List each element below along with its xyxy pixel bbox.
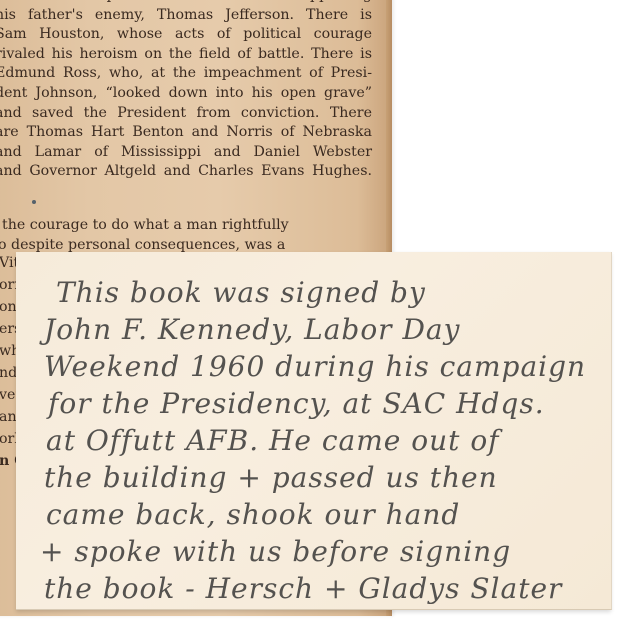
handwritten-line: + spoke with us before signing bbox=[40, 533, 586, 570]
handwritten-line: This book was signed by bbox=[56, 274, 586, 311]
handwritten-line: came back, shook our hand bbox=[46, 496, 586, 533]
handwritten-line: at Offutt AFB. He came out of bbox=[46, 422, 586, 459]
book-line: him and was repudiated in Boston for sup… bbox=[0, 0, 372, 6]
book-line: the courage to do what a man rightfully bbox=[2, 216, 292, 236]
book-paragraph-names: him and was repudiated in Boston for sup… bbox=[0, 0, 370, 182]
handwritten-note-card: This book was signed by John F. Kennedy,… bbox=[16, 252, 612, 610]
book-line: and saved the President from conviction.… bbox=[0, 104, 372, 124]
book-paragraph-courage: the courage to do what a man rightfully … bbox=[0, 216, 292, 255]
handwritten-line: for the Presidency, at SAC Hdqs. bbox=[48, 385, 586, 422]
section-break-ornament bbox=[32, 200, 36, 204]
book-line: Sam Houston, whose acts of political cou… bbox=[0, 25, 372, 45]
handwritten-line: John F. Kennedy, Labor Day bbox=[44, 311, 586, 348]
book-line: rivaled his heroism on the field of batt… bbox=[0, 45, 372, 65]
handwritten-line: Weekend 1960 during his campaign bbox=[44, 348, 586, 385]
book-line: his father's enemy, Thomas Jefferson. Th… bbox=[0, 6, 372, 26]
book-line: dent Johnson, “looked down into his open… bbox=[0, 84, 372, 104]
book-line: and Lamar of Mississippi and Daniel Webs… bbox=[0, 143, 372, 163]
handwritten-line: the building + passed us then bbox=[44, 459, 586, 496]
handwritten-inscription: This book was signed by John F. Kennedy,… bbox=[36, 274, 586, 607]
book-line: and Governor Altgeld and Charles Evans H… bbox=[0, 162, 372, 182]
handwritten-line: the book - Hersch + Gladys Slater bbox=[44, 570, 586, 607]
book-line: Edmund Ross, who, at the impeachment of … bbox=[0, 64, 372, 84]
book-line: are Thomas Hart Benton and Norris of Neb… bbox=[0, 123, 372, 143]
